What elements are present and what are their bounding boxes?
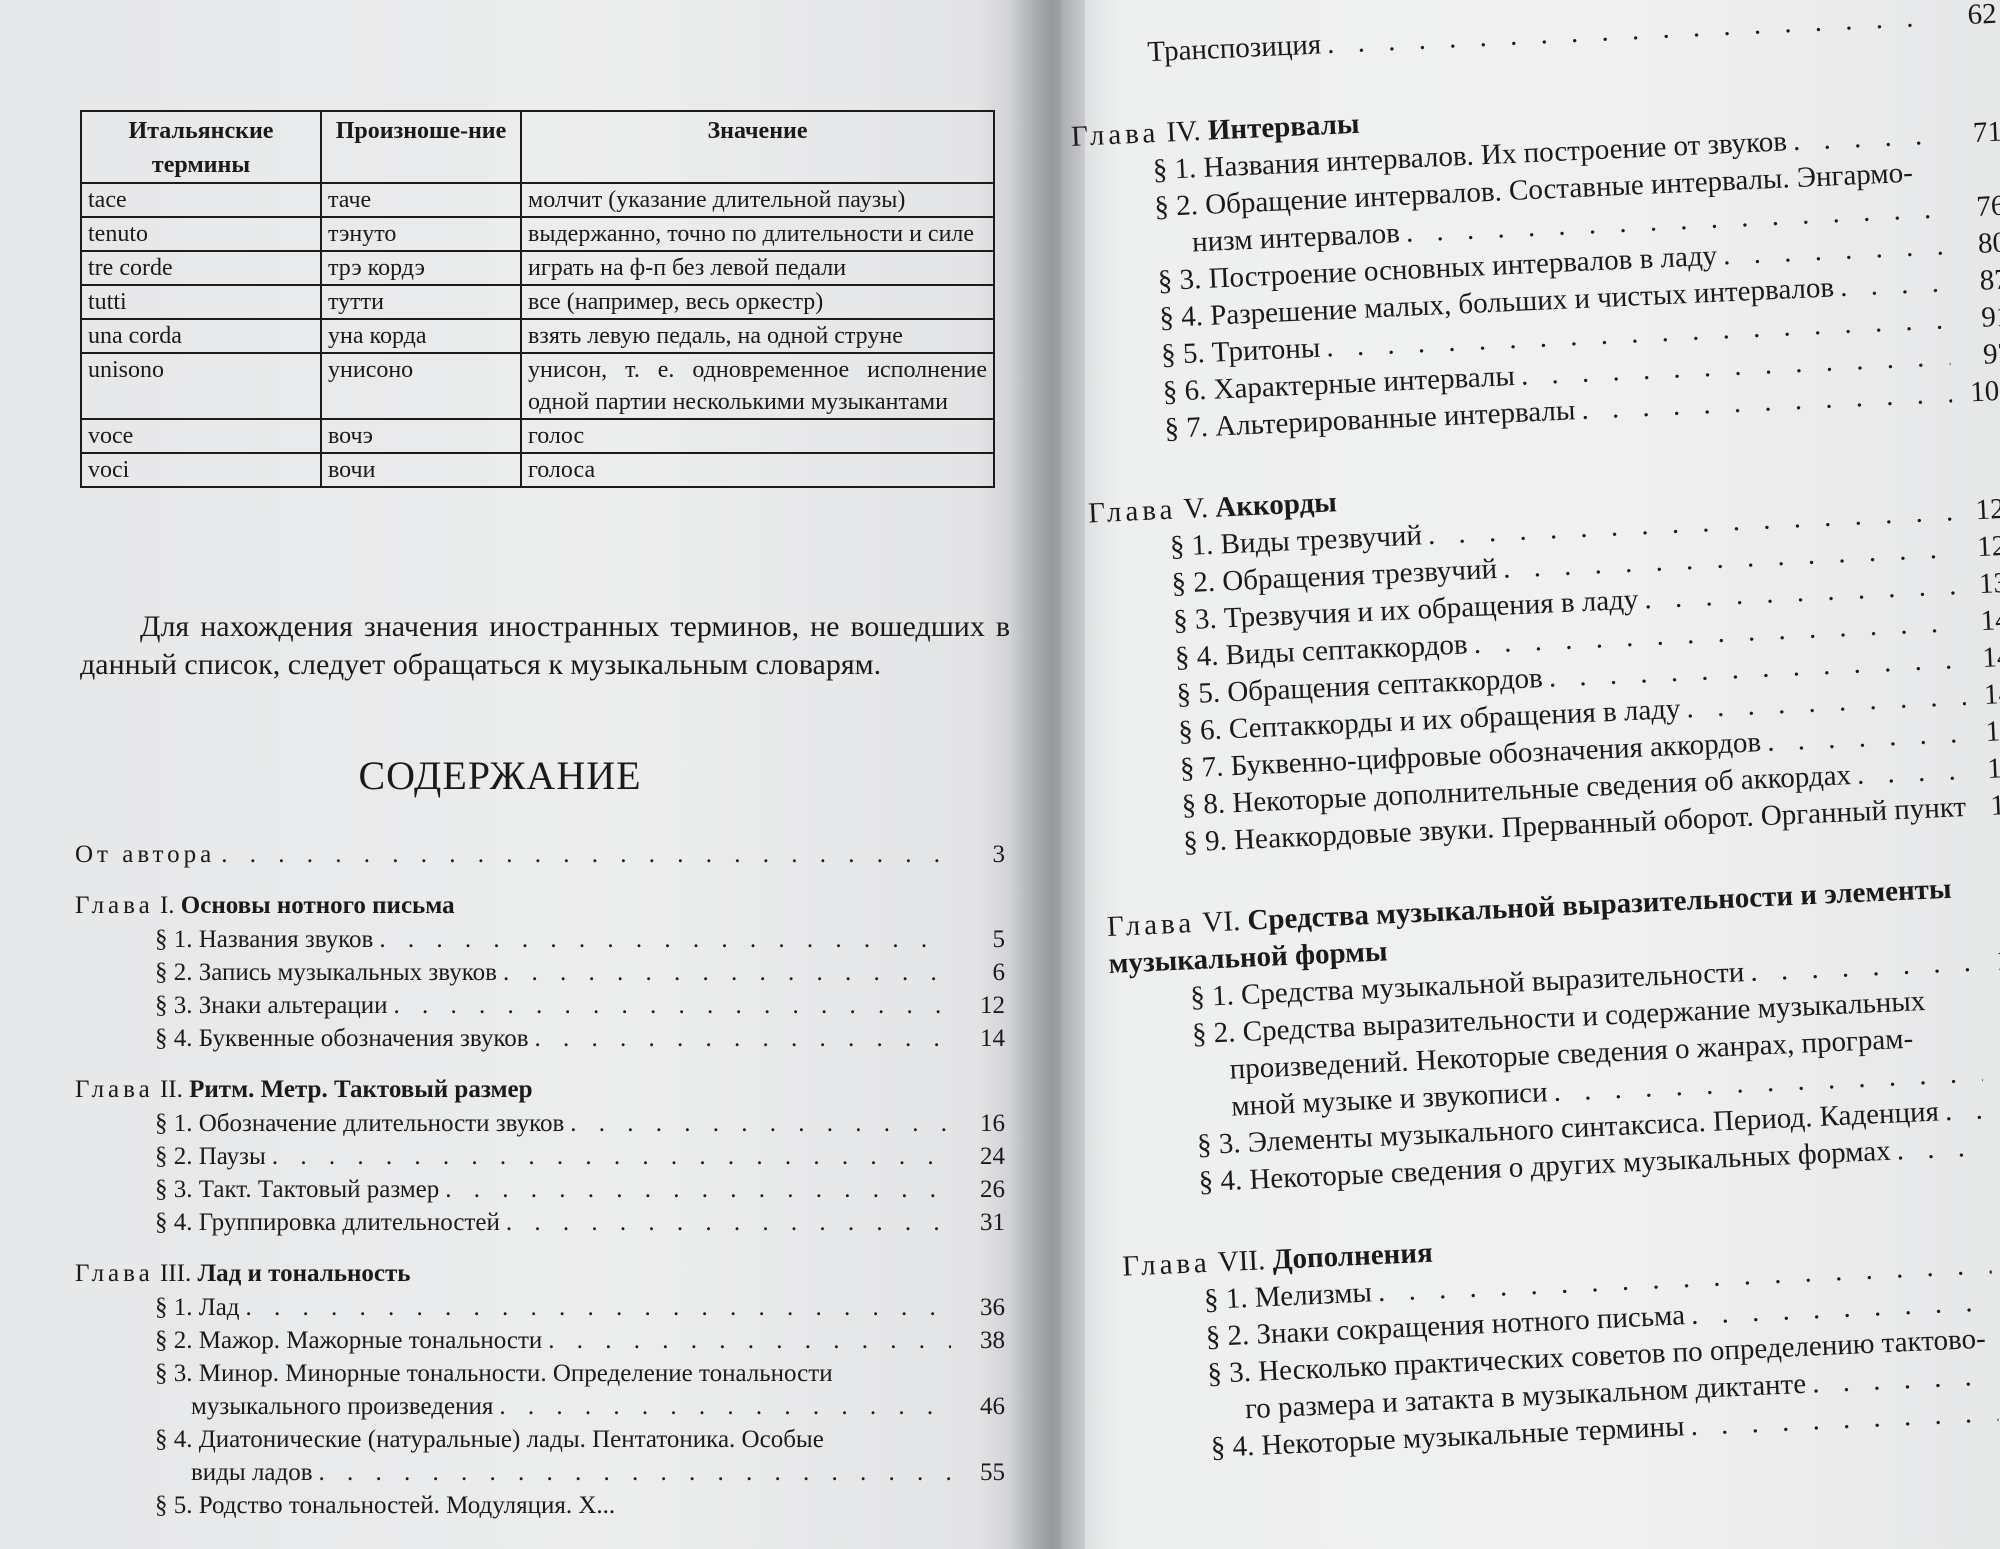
chapter-number: VII. (1217, 1244, 1266, 1278)
toc-page-number: 167 (1980, 712, 2000, 751)
chapter-heading: Глава II. Ритм. Метр. Тактовый размер (75, 1073, 1005, 1107)
term-cell: tre corde (81, 251, 321, 285)
table-row: tenutoтэнутовыдержанно, точно по длитель… (81, 217, 994, 251)
toc-page-number: 55 (965, 1456, 1005, 1489)
toc-page-number: 97 (1963, 335, 2000, 374)
toc-page-number: 16 (965, 1107, 1005, 1140)
toc-page-number: 26 (965, 1173, 1005, 1206)
toc-entry: виды ладов55 (75, 1456, 1005, 1489)
toc-page-number: 147 (1979, 675, 2000, 714)
term-cell: voce (81, 419, 321, 453)
chapter-prefix: Глава (1088, 493, 1177, 529)
toc-entry-label: § 1. Лад (155, 1291, 240, 1324)
dot-leader (499, 1390, 951, 1423)
toc-page-number: 91 (1962, 298, 2000, 337)
chapter-title: Основы нотного письма (181, 892, 455, 919)
toc-right-column: Транспозиция62Глава IV. Интервалы§ 1. На… (1065, 0, 2000, 1470)
toc-page-number: 5 (965, 923, 1005, 956)
term-cell: una corda (81, 319, 321, 353)
term-cell: voci (81, 453, 321, 487)
dot-leader (394, 989, 951, 1022)
toc-entry-label: Транспозиция (1147, 26, 1322, 71)
dot-leader (445, 1173, 951, 1206)
term-cell: unisono (81, 353, 321, 419)
toc-entry: § 3. Такт. Тактовый размер26 (75, 1173, 1005, 1206)
toc-page-number: 87 (1960, 261, 2000, 300)
toc-entry-label: § 2. Мажор. Мажорные тональности (155, 1324, 542, 1357)
toc-page-number: 170 (1982, 749, 2000, 788)
dot-leader (1839, 264, 1947, 306)
table-row: tuttiтуттивсе (например, весь оркестр) (81, 285, 994, 319)
dot-leader (1326, 0, 1935, 63)
table-row: una cordaуна кордавзять левую педаль, на… (81, 319, 994, 353)
meaning-cell: взять левую педаль, на одной струне (521, 319, 994, 353)
term-cell: tace (81, 183, 321, 217)
chapter-title: Ритм. Метр. Тактовый размер (189, 1076, 532, 1103)
toc-page-number: 102 (1965, 372, 2000, 411)
dot-leader (319, 1456, 951, 1489)
meaning-cell: голос (521, 419, 994, 453)
table-row: vociвочиголоса (81, 453, 994, 487)
pronunciation-cell: тутти (321, 285, 521, 319)
chapter-number: VI. (1202, 905, 1241, 939)
toc-page-number: 130 (1974, 564, 2000, 603)
chapter-title: Дополнения (1272, 1237, 1434, 1276)
book-gutter (1010, 0, 1085, 1549)
toc-title: СОДЕРЖАНИЕ (0, 752, 1000, 799)
table-row: voceвочэголос (81, 419, 994, 453)
dot-leader (272, 1140, 951, 1173)
toc-entry-label: § 4. Группировка длительностей (155, 1206, 500, 1239)
pronunciation-cell: вочи (321, 453, 521, 487)
toc-page-number: 76 (1957, 188, 2000, 227)
toc-page-number: 46 (965, 1390, 1005, 1423)
dot-leader (506, 1206, 951, 1239)
toc-page-number: 140 (1975, 601, 2000, 640)
toc-page-number: 6 (965, 956, 1005, 989)
dot-leader (1944, 1091, 1985, 1130)
meaning-cell: выдержанно, точно по длительности и силе (521, 217, 994, 251)
toc-page-number: 14 (965, 1022, 1005, 1055)
toc-entry: § 4. Группировка длительностей31 (75, 1206, 1005, 1239)
toc-page-number: 24 (965, 1140, 1005, 1173)
chapter-title: Интервалы (1207, 108, 1360, 147)
toc-entry: § 3. Знаки альтерации12 (75, 989, 1005, 1022)
meaning-cell: все (например, весь оркестр) (521, 285, 994, 319)
dot-leader (1792, 116, 1941, 160)
toc-author-entry: От автора3 (75, 838, 1005, 871)
toc-left-column: От автора3Глава I. Основы нотного письма… (75, 838, 1005, 1522)
chapter-heading: Глава I. Основы нотного письма (75, 889, 1005, 923)
chapter-prefix: Глава (75, 1076, 154, 1103)
dot-leader (1971, 789, 1973, 826)
toc-page-number: 38 (965, 1324, 1005, 1357)
toc-entry-label: § 3. Знаки альтерации (155, 989, 388, 1022)
toc-page-number: 126 (1972, 527, 2000, 566)
toc-entry-label: музыкального произведения (191, 1390, 493, 1423)
dot-leader (221, 838, 951, 871)
meaning-cell: молчит (указание длительной паузы) (521, 183, 994, 217)
toc-entry-label: § 2. Паузы (155, 1140, 266, 1173)
dot-leader (535, 1022, 951, 1055)
table-row: tre cordeтрэ кордэиграть на ф-п без лево… (81, 251, 994, 285)
toc-page-number: 71 (1953, 114, 2000, 153)
toc-entry: музыкального произведения46 (75, 1390, 1005, 1423)
dot-leader (570, 1107, 951, 1140)
term-cell: tenuto (81, 217, 321, 251)
pronunciation-cell: трэ кордэ (321, 251, 521, 285)
toc-page-number: 80 (1958, 225, 2000, 264)
meaning-cell: играть на ф-п без левой педали (521, 251, 994, 285)
dot-leader (379, 923, 951, 956)
pronunciation-cell: тэнуто (321, 217, 521, 251)
chapter-number: V. (1183, 492, 1209, 525)
toc-page-number: 62 (1948, 0, 1998, 35)
chapter-number: II. (160, 1076, 183, 1103)
toc-page-number: 3 (965, 838, 1005, 871)
dot-leader (1896, 1128, 1987, 1169)
pronunciation-cell: унисоно (321, 353, 521, 419)
toc-entry-label: § 4. Буквенные обозначения звуков (155, 1022, 529, 1055)
dot-leader (1856, 752, 1970, 794)
toc-entry: § 5. Родство тональностей. Модуляция. Х.… (75, 1489, 1005, 1522)
toc-entry-label: § 1. Обозначение длительности звуков (155, 1107, 564, 1140)
toc-page-number: 124 (1970, 490, 2000, 529)
toc-entry: § 2. Запись музыкальных звуков6 (75, 956, 1005, 989)
chapter-number: IV. (1166, 115, 1202, 149)
meaning-cell: унисон, т. е. одновременное исполнение о… (521, 353, 994, 419)
toc-entry: § 1. Обозначение длительности звуков16 (75, 1107, 1005, 1140)
toc-entry-label: От автора (75, 838, 215, 871)
toc-entry: § 2. Мажор. Мажорные тональности38 (75, 1324, 1005, 1357)
toc-page-number: 12 (965, 989, 1005, 1022)
header-pronunciation: Произноше-ние (321, 111, 521, 183)
chapter-prefix: Глава (1122, 1247, 1211, 1283)
chapter-prefix: Глава (1106, 907, 1195, 943)
toc-entry-label: § 2. Запись музыкальных звуков (155, 956, 497, 989)
toc-entry: § 1. Лад36 (75, 1291, 1005, 1324)
toc-entry: Транспозиция62 (1067, 0, 1998, 75)
toc-entry: § 1. Названия звуков5 (75, 923, 1005, 956)
chapter-number: I. (160, 892, 175, 919)
header-italian-terms: Итальянские термины (81, 111, 321, 183)
toc-page-number: 197 (1996, 1052, 2000, 1091)
pronunciation-cell: таче (321, 183, 521, 217)
chapter-heading: Глава III. Лад и тональность (75, 1257, 1005, 1291)
toc-page-number: 184 (1991, 941, 2000, 980)
table-row: unisonoунисоноунисон, т. е. одновременно… (81, 353, 994, 419)
meaning-cell: голоса (521, 453, 994, 487)
terms-table: Итальянские термины Произноше-ние Значен… (80, 110, 995, 488)
toc-page-number: 144 (1977, 638, 2000, 677)
term-cell: tutti (81, 285, 321, 319)
toc-page-number: 177 (1985, 786, 2000, 825)
toc-entry-label: § 5. Родство тональностей. Модуляция. Х.… (155, 1489, 615, 1522)
toc-entry-label: § 4. Диатонические (натуральные) лады. П… (75, 1423, 1005, 1456)
chapter-title: Лад и тональность (197, 1260, 410, 1287)
terms-table-body: taceтачемолчит (указание длительной пауз… (81, 183, 994, 487)
toc-entry-label: виды ладов (191, 1456, 313, 1489)
toc-entry: § 4. Буквенные обозначения звуков14 (75, 1022, 1005, 1055)
pronunciation-cell: уна корда (321, 319, 521, 353)
chapter-title: Аккорды (1215, 486, 1338, 523)
toc-entry-label: § 3. Минор. Минорные тональности. Опреде… (75, 1357, 1005, 1390)
toc-page-number: 36 (965, 1291, 1005, 1324)
chapter-prefix: Глава (75, 1260, 154, 1287)
toc-page-number: 31 (965, 1206, 1005, 1239)
dot-leader (246, 1291, 951, 1324)
chapter-prefix: Глава (75, 892, 154, 919)
note-paragraph: Для нахождения значения иностранных терм… (80, 608, 1010, 684)
chapter-number: III. (160, 1260, 191, 1287)
toc-entry: § 2. Паузы24 (75, 1140, 1005, 1173)
chapter-prefix: Глава (1070, 117, 1159, 153)
header-meaning: Значение (521, 111, 994, 183)
table-row: taceтачемолчит (указание длительной пауз… (81, 183, 994, 217)
dot-leader (503, 956, 951, 989)
pronunciation-cell: вочэ (321, 419, 521, 453)
toc-entry-label: § 3. Такт. Тактовый размер (155, 1173, 439, 1206)
table-header-row: Итальянские термины Произноше-ние Значен… (81, 111, 994, 183)
dot-leader (548, 1324, 951, 1357)
toc-entry-label: § 1. Названия звуков (155, 923, 373, 956)
